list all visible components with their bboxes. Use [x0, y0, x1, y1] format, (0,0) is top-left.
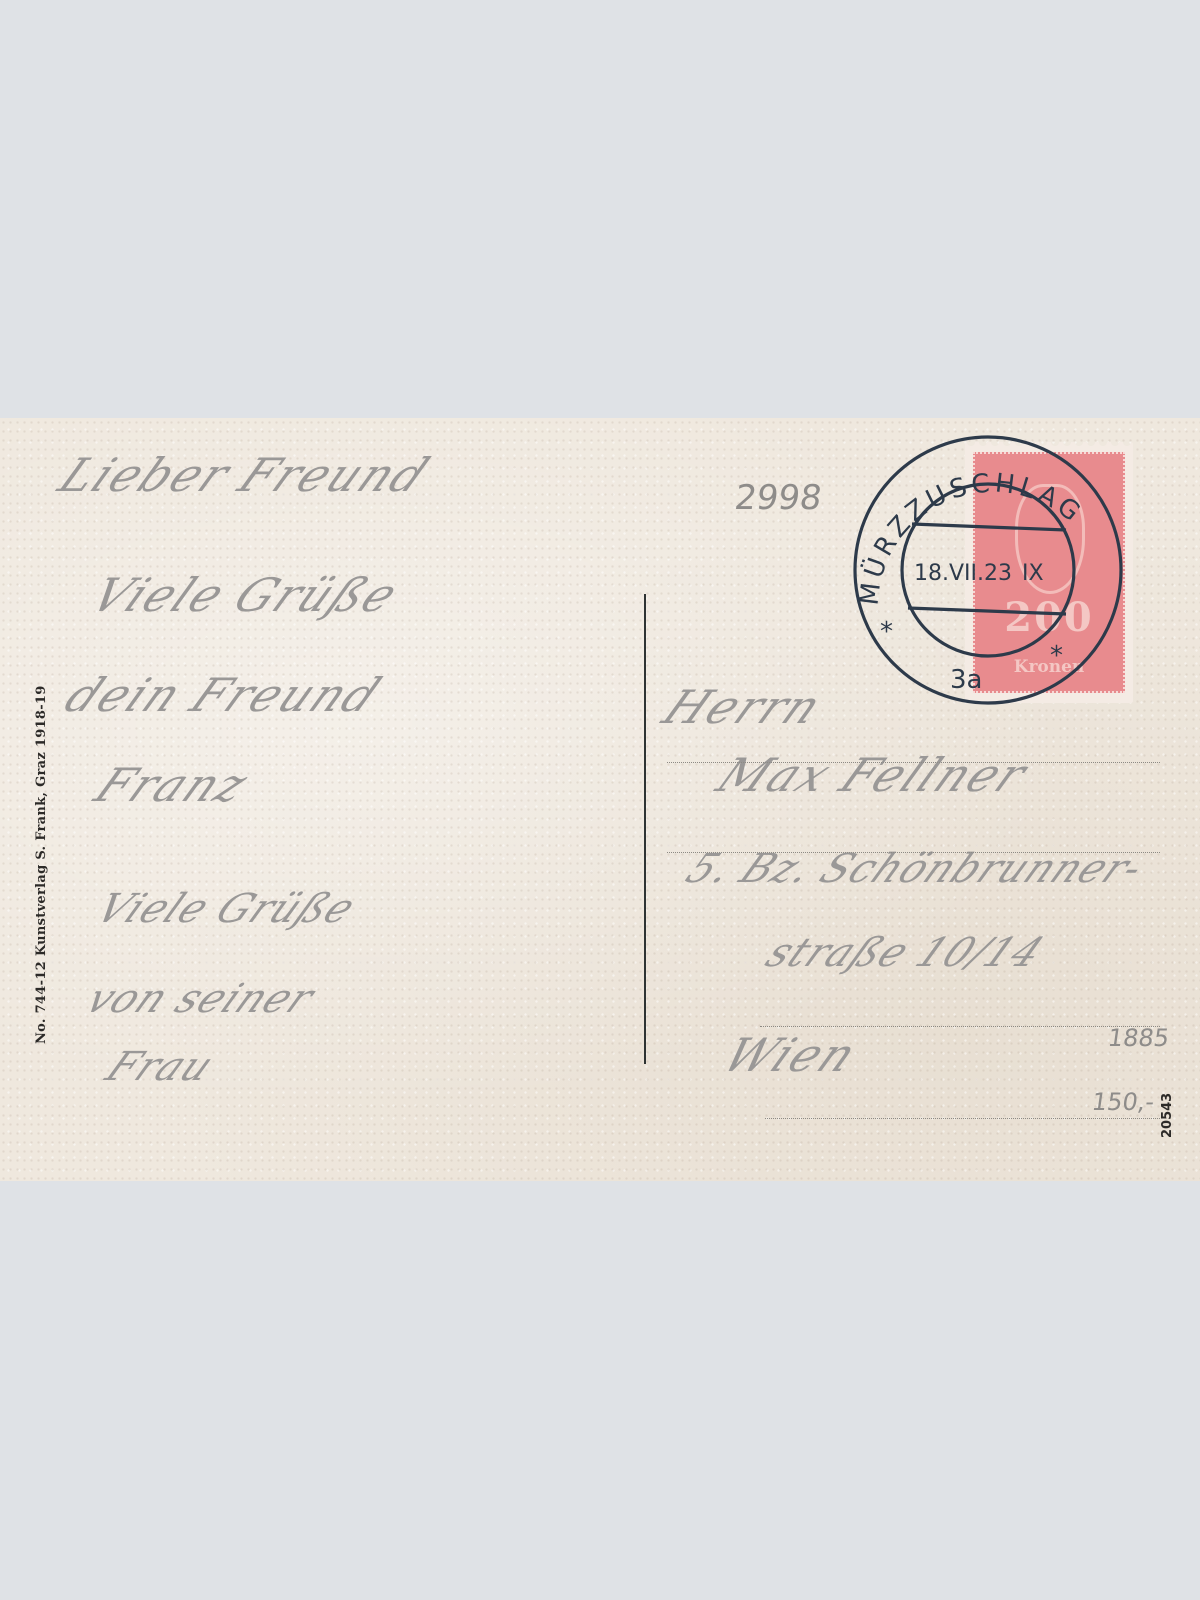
pencil-note-top: 2998: [732, 478, 824, 518]
address-line-5: Wien: [714, 1028, 869, 1082]
message-line-6: von seiner: [78, 976, 323, 1022]
address-rule-2: [667, 852, 1160, 853]
message-address-divider: [644, 594, 646, 1064]
wheat-sheaf-icon: [1015, 484, 1085, 594]
message-line-7: Frau: [98, 1044, 223, 1090]
address-line-4: straße 10/14: [758, 930, 1052, 976]
price-note: 150,-: [1090, 1088, 1156, 1116]
message-line-2: Viele Grüße: [82, 568, 410, 622]
stamp-value: 200: [975, 594, 1123, 641]
postage-stamp: 200 Kronen: [965, 442, 1133, 703]
address-rule-3: [760, 1026, 1160, 1027]
serial-number: 20543: [1160, 1093, 1175, 1138]
stamp-currency: Kronen: [975, 657, 1123, 677]
message-line-1: Lieber Freund: [50, 448, 440, 502]
address-rule-1: [667, 762, 1160, 763]
pencil-note-right: 1885: [1106, 1024, 1171, 1052]
address-line-1: Herrn: [654, 680, 834, 734]
publisher-imprint: No. 744-12 Kunstverlag S. Frank, Graz 19…: [34, 685, 49, 1044]
stamp-design: 200 Kronen: [973, 452, 1125, 693]
message-line-5: Viele Grüße: [88, 886, 365, 932]
address-line-2: Max Fellner: [708, 748, 1039, 802]
message-line-3: dein Freund: [56, 668, 392, 722]
address-rule-4: [765, 1118, 1160, 1119]
message-line-4: Franz: [86, 758, 260, 812]
